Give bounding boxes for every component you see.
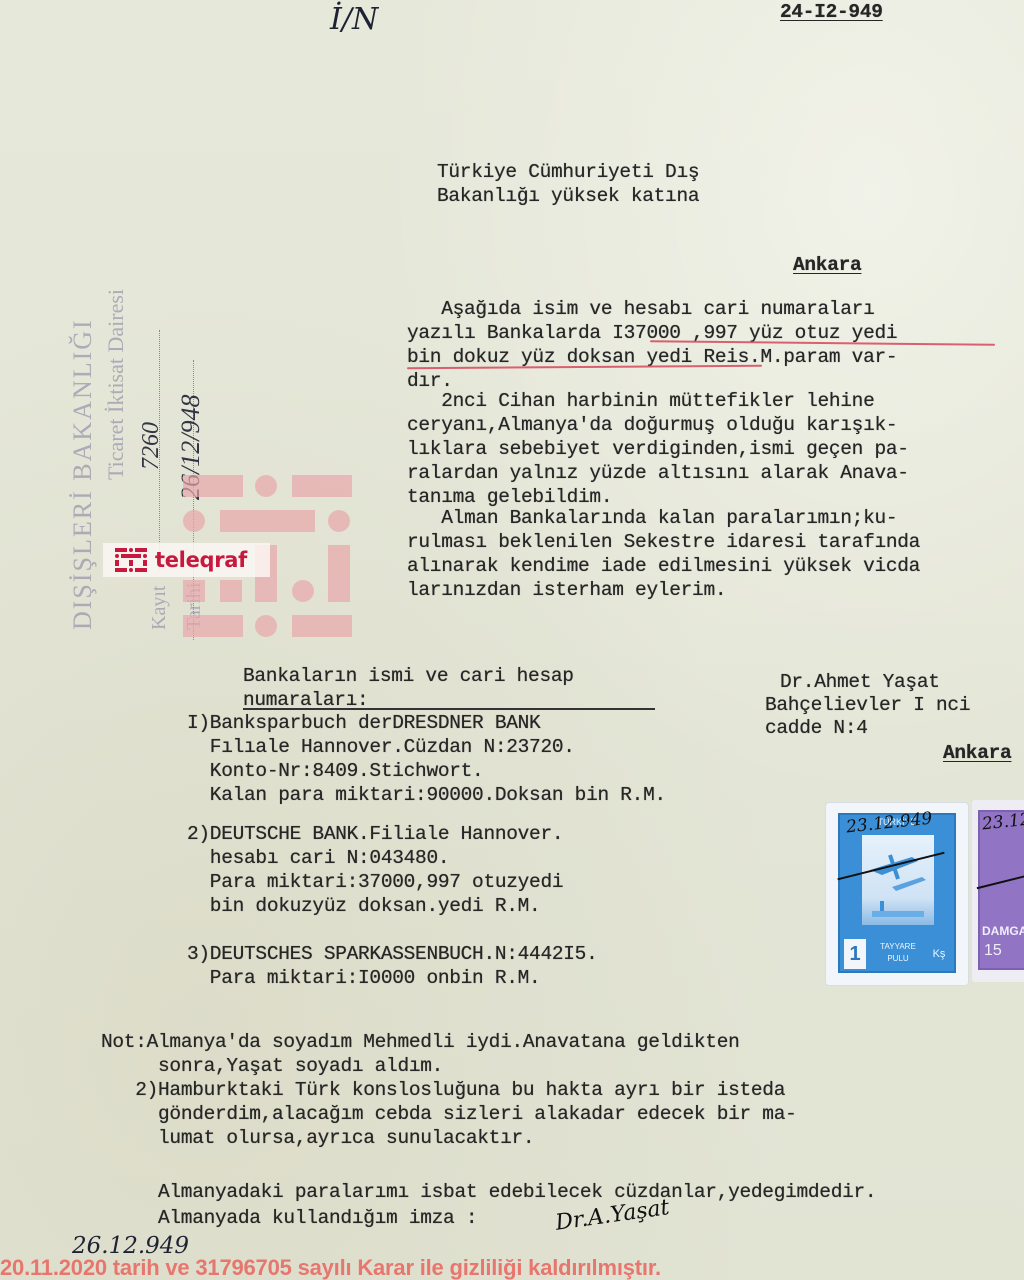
document-date: 24-I2-949 bbox=[780, 0, 883, 24]
body-paragraph-3: Alman Bankalarında kalan paralarımın;ku-… bbox=[407, 506, 920, 602]
closing-line-1: Almanyadaki paralarımı isbat edebilecek … bbox=[158, 1180, 876, 1204]
stamp-type: TAYYARE PULU bbox=[870, 941, 926, 965]
teleqraf-brand-text: teleqraf bbox=[155, 548, 247, 572]
airplane-icon bbox=[862, 835, 934, 925]
body-line: ralardan yalnız yüzde altısını alarak An… bbox=[407, 461, 909, 485]
body-line: larınızdan isterham eylerim. bbox=[407, 578, 920, 602]
bank-line: I)Banksparbuch derDRESDNER BANK bbox=[187, 711, 666, 735]
note-line: Not:Almanya'da soyadım Mehmedli iydi.Ana… bbox=[101, 1030, 797, 1054]
body-line: 2nci Cihan harbinin müttefikler lehine bbox=[407, 389, 909, 413]
sender-city: Ankara bbox=[943, 741, 1011, 765]
registry-kayit-number: 7260 bbox=[138, 422, 165, 470]
sender-address-line-2: cadde N:4 bbox=[765, 716, 868, 740]
banks-heading-line-1: Bankaların ismi ve cari hesap bbox=[243, 664, 574, 688]
body-paragraph-1: Aşağıda isim ve hesabı cari numaraları y… bbox=[407, 297, 897, 393]
bank-entry-3: 3)DEUTSCHES SPARKASSENBUCH.N:4442I5. Par… bbox=[187, 942, 597, 990]
body-line: alınarak kendime iade edilmesini yüksek … bbox=[407, 554, 920, 578]
tayyare-pulu-revenue-stamp: TÜRKİYE 1 TAYYARE PULU Kş 23.12.949 bbox=[826, 803, 968, 985]
note-line: lumat olursa,ayrıca sunulacaktır. bbox=[101, 1126, 797, 1150]
bank-line: Para miktari:37000,997 otuzyedi bbox=[187, 870, 563, 894]
body-line: Alman Bankalarında kalan paralarımın;ku- bbox=[407, 506, 920, 530]
closing-line-2: Almanyada kullandığım imza : bbox=[158, 1206, 477, 1230]
body-line: rulması beklenilen Sekestre idaresi tara… bbox=[407, 530, 920, 554]
note-line: 2)Hamburktaki Türk konslosluğuna bu hakt… bbox=[101, 1078, 797, 1102]
declassification-footer-note: 20.11.2020 tarih ve 31796705 sayılı Kara… bbox=[0, 1255, 661, 1280]
stamp-cancel-date: 23.12 bbox=[981, 810, 1024, 835]
notes-section: Not:Almanya'da soyadım Mehmedli iydi.Ana… bbox=[101, 1030, 797, 1150]
stamp-type: DAMGA bbox=[982, 924, 1024, 938]
registry-kayit-label: Kayıt bbox=[148, 586, 171, 630]
registry-stamp-department: Ticaret İktisat Dairesi bbox=[103, 289, 129, 480]
bank-line: 2)DEUTSCHE BANK.Filiale Hannover. bbox=[187, 822, 563, 846]
stamp-value: 15 bbox=[984, 942, 1002, 960]
bank-line: Fılıale Hannover.Cüzdan N:23720. bbox=[187, 735, 666, 759]
teleqraf-logo-icon bbox=[115, 548, 147, 572]
city-heading: Ankara bbox=[793, 253, 861, 277]
bank-line: bin dokuzyüz doksan.yedi R.M. bbox=[187, 894, 563, 918]
bank-line: Kalan para miktari:90000.Doksan bin R.M. bbox=[187, 783, 666, 807]
bank-line: hesabı cari N:043480. bbox=[187, 846, 563, 870]
handwritten-top-mark: İ/N bbox=[330, 2, 378, 37]
body-line: Aşağıda isim ve hesabı cari numaraları bbox=[407, 297, 897, 321]
bank-line: 3)DEUTSCHES SPARKASSENBUCH.N:4442I5. bbox=[187, 942, 597, 966]
banks-heading-underline bbox=[243, 708, 655, 710]
addressee-line-1: Türkiye Cümhuriyeti Dış bbox=[437, 160, 699, 184]
body-line: lıklara sebebiyet verdiginden,ismi geçen… bbox=[407, 437, 909, 461]
sender-name: Dr.Ahmet Yaşat bbox=[780, 670, 940, 694]
addressee-line-2: Bakanlığı yüksek katına bbox=[437, 184, 699, 208]
note-line: sonra,Yaşat soyadı aldım. bbox=[101, 1054, 797, 1078]
registry-stamp-ministry: DIŞİŞLERİ BAKANLIĞI bbox=[68, 318, 98, 630]
bank-entry-2: 2)DEUTSCHE BANK.Filiale Hannover. hesabı… bbox=[187, 822, 563, 918]
body-paragraph-2: 2nci Cihan harbinin müttefikler lehine c… bbox=[407, 389, 909, 509]
stamp-value: 1 bbox=[844, 939, 866, 969]
bank-line: Para miktari:I0000 onbin R.M. bbox=[187, 966, 597, 990]
note-line: gönderdim,alacağım cebda sizleri alakada… bbox=[101, 1102, 797, 1126]
stamp-unit: Kş bbox=[928, 939, 950, 969]
body-line: ceryanı,Almanya'da doğurmuş olduğu karış… bbox=[407, 413, 909, 437]
teleqraf-watermark-badge: teleqraf bbox=[103, 543, 270, 577]
bank-line: Konto-Nr:8409.Stichwort. bbox=[187, 759, 666, 783]
sender-address-line-1: Bahçelievler I nci bbox=[765, 693, 970, 717]
damga-revenue-stamp: DAMGA 15 23.12 bbox=[972, 800, 1024, 982]
bank-entry-1: I)Banksparbuch derDRESDNER BANK Fılıale … bbox=[187, 711, 666, 807]
